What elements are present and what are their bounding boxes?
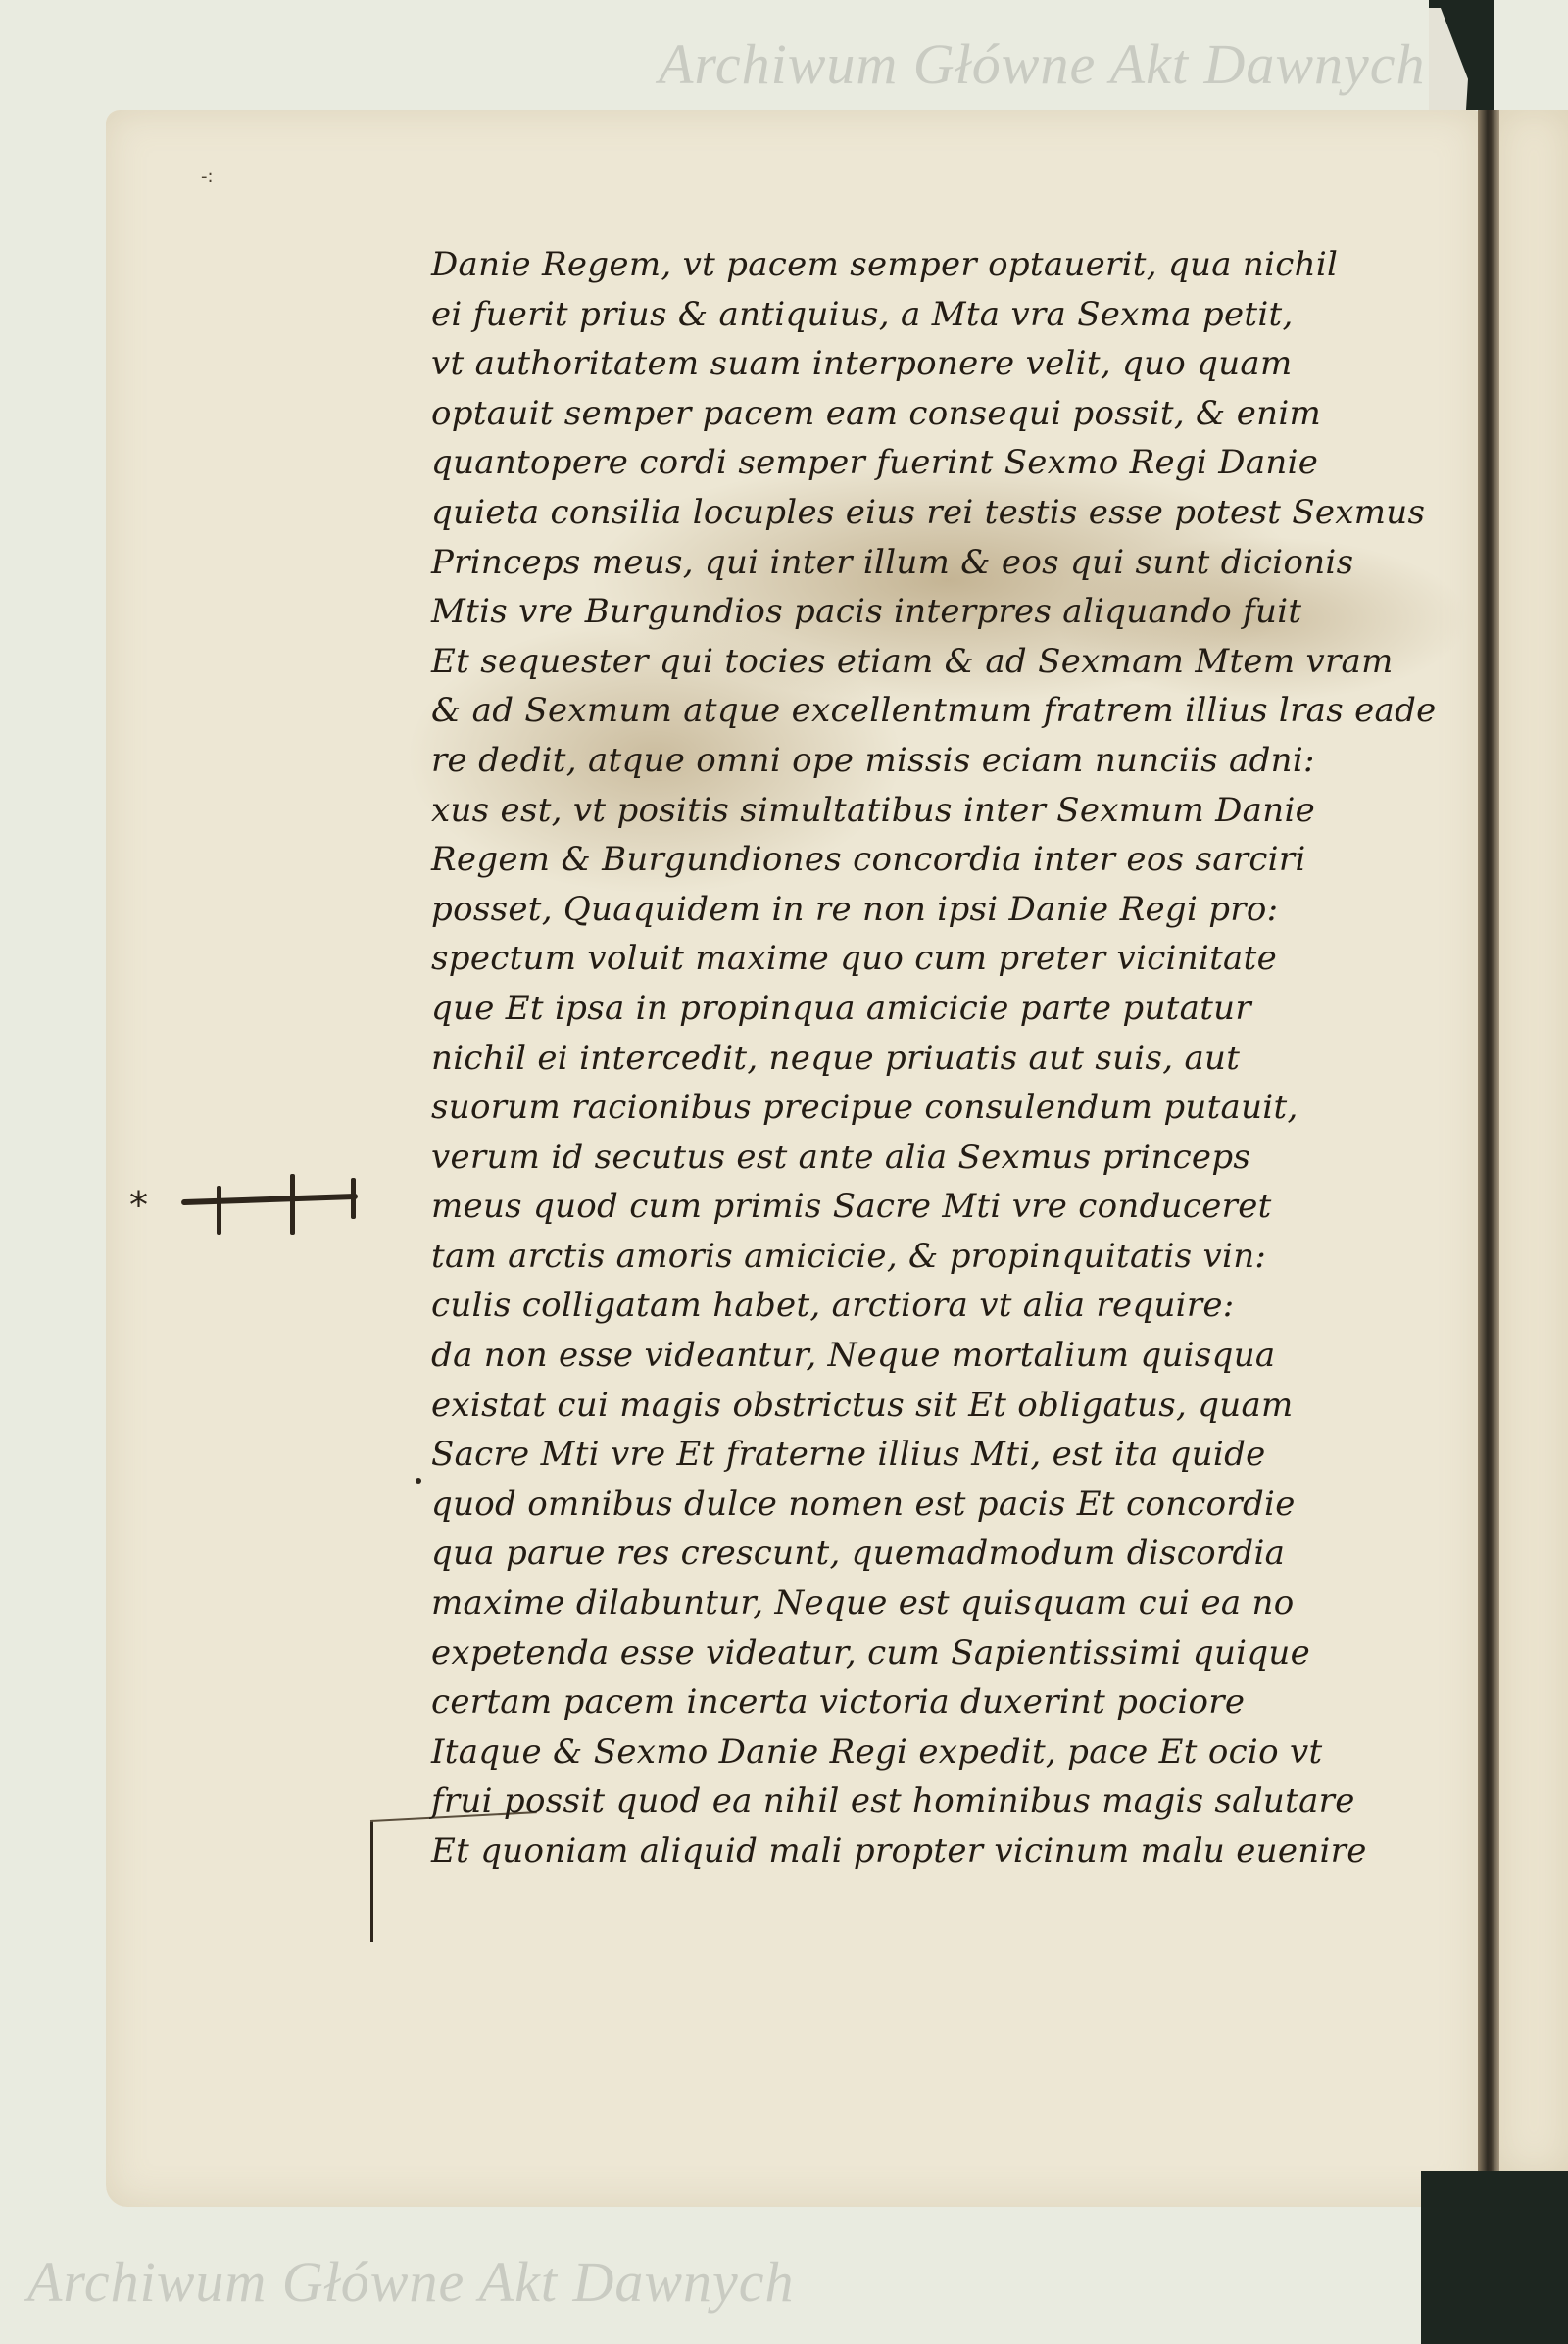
text-line: re dedit, atque omni ope missis eciam nu… [431, 736, 1411, 786]
text-line: quantopere cordi semper fuerint Sexmo Re… [431, 438, 1411, 488]
text-line: maxime dilabuntur, Neque est quisquam cu… [431, 1579, 1411, 1629]
text-line: quod omnibus dulce nomen est pacis Et co… [431, 1480, 1411, 1530]
facing-page-edge [1499, 110, 1568, 2173]
text-line: existat cui magis obstrictus sit Et obli… [431, 1381, 1411, 1431]
binding-strip-bottom [1421, 2171, 1568, 2344]
cross-tick-mark [217, 1186, 221, 1235]
archive-watermark-top: Archiwum Główne Akt Dawnych [659, 31, 1426, 97]
text-line: spectum voluit maxime quo cum preter vic… [431, 934, 1411, 984]
text-line: meus quod cum primis Sacre Mti vre condu… [431, 1182, 1411, 1232]
archive-watermark-bottom: Archiwum Główne Akt Dawnych [27, 2249, 795, 2315]
text-line: quieta consilia locuples eius rei testis… [431, 488, 1411, 538]
text-line: certam pacem incerta victoria duxerint p… [431, 1678, 1411, 1728]
text-line: tam arctis amoris amicicie, & propinquit… [431, 1232, 1411, 1282]
text-line: & ad Sexmum atque excellentmum fratrem i… [431, 686, 1411, 736]
text-line: que Et ipsa in propinqua amicicie parte … [431, 984, 1411, 1034]
text-line: culis colligatam habet, arctiora vt alia… [431, 1281, 1411, 1331]
text-line: xus est, vt positis simultatibus inter S… [431, 786, 1411, 836]
text-line: vt authoritatem suam interponere velit, … [431, 339, 1411, 389]
bracket-mark-vertical [370, 1820, 373, 1942]
text-line: da non esse videantur, Neque mortalium q… [431, 1331, 1411, 1381]
cross-tick-mark [290, 1174, 295, 1235]
manuscript-text: Danie Regem, vt pacem semper optauerit, … [431, 240, 1411, 1877]
text-line: frui possit quod ea nihil est hominibus … [431, 1777, 1411, 1827]
text-line: Et sequester qui tocies etiam & ad Sexma… [431, 637, 1411, 687]
text-line: verum id secutus est ante alia Sexmus pr… [431, 1133, 1411, 1183]
cross-tick-mark [351, 1178, 356, 1219]
text-line: Danie Regem, vt pacem semper optauerit, … [431, 240, 1411, 290]
margin-dot [416, 1478, 421, 1484]
book-gutter [1478, 110, 1499, 2187]
text-line: suorum racionibus precipue consulendum p… [431, 1083, 1411, 1133]
asterisk-margin-mark: * [129, 1184, 148, 1227]
text-line: expetenda esse videatur, cum Sapientissi… [431, 1629, 1411, 1679]
text-line: ei fuerit prius & antiquius, a Mta vra S… [431, 290, 1411, 340]
text-line: optauit semper pacem eam consequi possit… [431, 389, 1411, 439]
text-line: qua parue res crescunt, quemadmodum disc… [431, 1529, 1411, 1579]
text-line: nichil ei intercedit, neque priuatis aut… [431, 1034, 1411, 1084]
text-line: Itaque & Sexmo Danie Regi expedit, pace … [431, 1728, 1411, 1778]
text-line: Et quoniam aliquid mali propter vicinum … [431, 1827, 1411, 1877]
text-line: posset, Quaquidem in re non ipsi Danie R… [431, 885, 1411, 935]
text-line: Sacre Mti vre Et fraterne illius Mti, es… [431, 1430, 1411, 1480]
text-line: Mtis vre Burgundios pacis interpres aliq… [431, 587, 1411, 637]
corner-mark: -: [201, 167, 214, 187]
text-line: Princeps meus, qui inter illum & eos qui… [431, 538, 1411, 588]
text-line: Regem & Burgundiones concordia inter eos… [431, 835, 1411, 885]
